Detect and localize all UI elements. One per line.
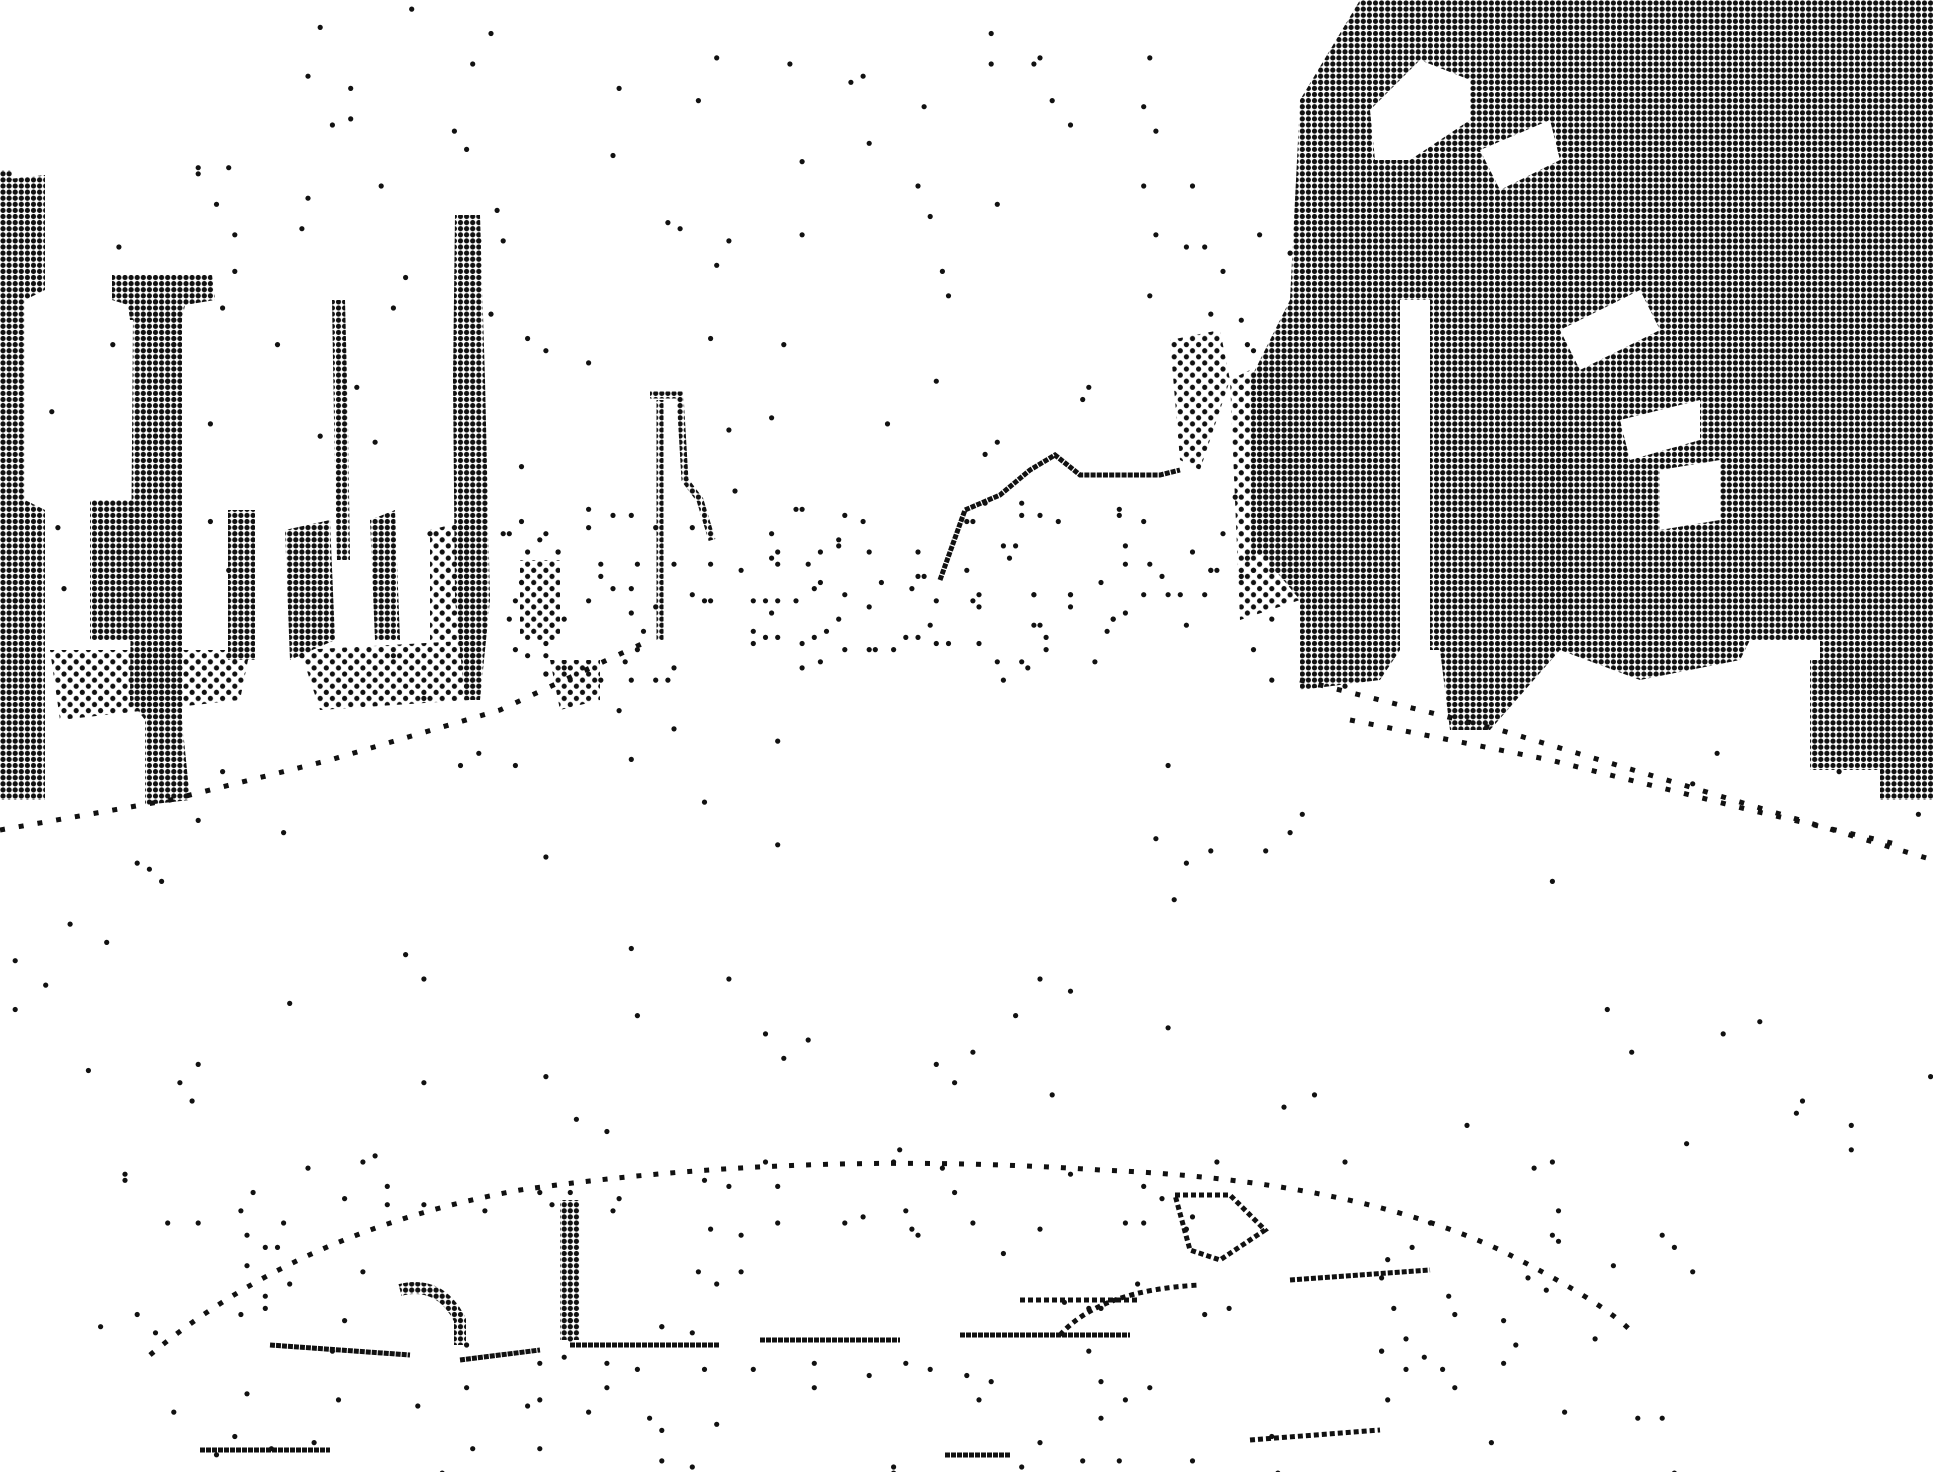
tall-column-right bbox=[453, 215, 490, 700]
distant-hill bbox=[940, 455, 1180, 580]
right-building bbox=[1170, 0, 1933, 800]
left-edge-wall bbox=[0, 170, 45, 800]
thin-column bbox=[332, 300, 350, 560]
foreground-ellipse bbox=[150, 1163, 1630, 1455]
dithered-ruins-scene bbox=[0, 0, 1933, 1472]
tall-column-left bbox=[90, 275, 215, 805]
distant-arch bbox=[650, 395, 712, 640]
